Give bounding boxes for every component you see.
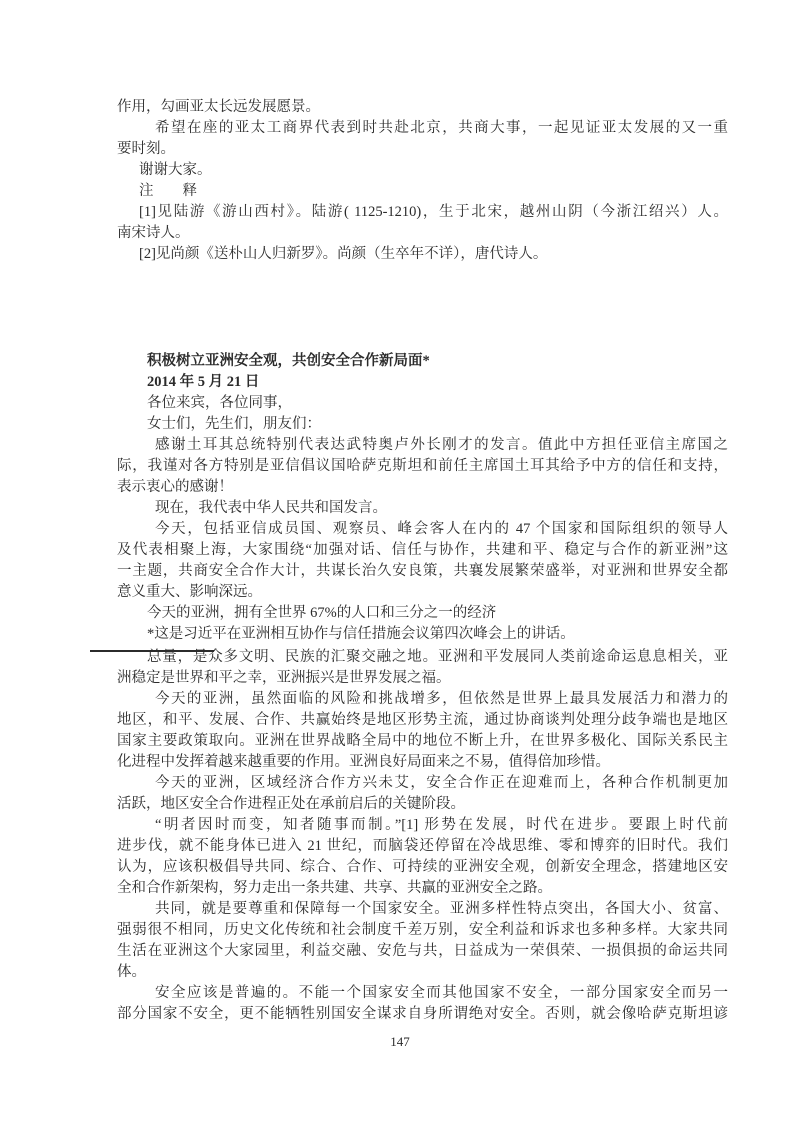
footnote-separator-line xyxy=(90,650,214,652)
page-number: 147 xyxy=(0,1031,800,1052)
text-line: 感谢土耳其总统特别代表达武特奥卢外长刚才的发言。值此中方担任亚信主席国之 xyxy=(117,435,728,456)
text-line: 际，我谨对各方特别是亚信倡议国哈萨克斯坦和前任主席国土耳其给予中方的信任和支持， xyxy=(117,456,728,477)
text-line: “明者因时而变，知者随事而制。”[1] 形势在发展，时代在进步。要跟上时代前 xyxy=(117,815,728,836)
text-line: 洲稳定是世界和平之幸，亚洲振兴是世界发展之福。 xyxy=(117,668,728,689)
text-line: [2]见尚颜《送朴山人归新罗》。尚颜（生卒年不详），唐代诗人。 xyxy=(117,244,728,265)
text-line: 今天的亚洲，拥有全世界 67%的人口和三分之一的经济 xyxy=(117,603,728,624)
text-line: 女士们，先生们，朋友们： xyxy=(117,414,728,435)
text-line: 强弱很不相同，历史文化传统和社会制度千差万别，安全利益和诉求也多种多样。大家共同 xyxy=(117,920,728,941)
text-line: [1]见陆游《游山西村》。陆游( 1125-1210)，生于北宋，越州山阴（今浙… xyxy=(117,202,728,223)
text-line: 各位来宾，各位同事， xyxy=(117,393,728,414)
text-line: 国家主要政策取向。亚洲在世界战略全局中的地位不断上升，在世界多极化、国际关系民主 xyxy=(117,731,728,752)
text-line: 南宋诗人。 xyxy=(117,223,728,244)
text-line: 部分国家不安全，更不能牺牲别国安全谋求自身所谓绝对安全。否则，就会像哈萨克斯坦谚 xyxy=(117,1004,728,1025)
document-page: 作用，勾画亚太长远发展愿景。希望在座的亚太工商界代表到时共赴北京，共商大事，一起… xyxy=(0,0,800,1131)
text-line: 希望在座的亚太工商界代表到时共赴北京，共商大事，一起见证亚太发展的又一重 xyxy=(117,118,728,139)
text-column: 作用，勾画亚太长远发展愿景。希望在座的亚太工商界代表到时共赴北京，共商大事，一起… xyxy=(117,97,728,1025)
text-line: 全和合作新架构，努力走出一条共建、共享、共赢的亚洲安全之路。 xyxy=(117,878,728,899)
previous-speech-ending: 作用，勾画亚太长远发展愿景。希望在座的亚太工商界代表到时共赴北京，共商大事，一起… xyxy=(117,97,728,265)
text-line: 意义重大、影响深远。 xyxy=(117,582,728,603)
text-line: 及代表相聚上海，大家围绕“加强对话、信任与协作，共建和平、稳定与合作的新亚洲”这 xyxy=(117,540,728,561)
text-line: 今天的亚洲，虽然面临的风险和挑战增多，但依然是世界上最具发展活力和潜力的 xyxy=(117,689,728,710)
text-line: 表示衷心的感谢！ xyxy=(117,477,728,498)
text-line: 共同，就是要尊重和保障每一个国家安全。亚洲多样性特点突出，各国大小、贫富、 xyxy=(117,899,728,920)
text-line: 今天的亚洲，区域经济合作方兴未艾，安全合作正在迎难而上，各种合作机制更加 xyxy=(117,773,728,794)
text-line: 认为，应该积极倡导共同、综合、合作、可持续的亚洲安全观，创新安全理念，搭建地区安 xyxy=(117,857,728,878)
text-line: 进步伐，就不能身体已进入 21 世纪，而脑袋还停留在冷战思维、零和博弈的旧时代。… xyxy=(117,836,728,857)
text-line: 要时刻。 xyxy=(117,139,728,160)
text-line: 作用，勾画亚太长远发展愿景。 xyxy=(117,97,728,118)
speech-title-line: 积极树立亚洲安全观，共创安全合作新局面* xyxy=(117,351,728,372)
text-line: 一主题，共商安全合作大计，共谋长治久安良策，共襄发展繁荣盛举，对亚洲和世界安全都 xyxy=(117,561,728,582)
text-line: 生活在亚洲这个大家园里，利益交融、安危与共，日益成为一荣俱荣、一损俱损的命运共同 xyxy=(117,941,728,962)
text-line: 安全应该是普遍的。不能一个国家安全而其他国家不安全，一部分国家安全而另一 xyxy=(117,983,728,1004)
text-line: 活跃，地区安全合作进程正处在承前启后的关键阶段。 xyxy=(117,794,728,815)
text-line: 今天，包括亚信成员国、观察员、峰会客人在内的 47 个国家和国际组织的领导人 xyxy=(117,519,728,540)
text-line: 地区，和平、发展、合作、共赢始终是地区形势主流，通过协商谈判处理分歧争端也是地区 xyxy=(117,710,728,731)
text-line: 谢谢大家。 xyxy=(117,160,728,181)
text-line: 化进程中发挥着越来越重要的作用。亚洲良好局面来之不易，值得倍加珍惜。 xyxy=(117,752,728,773)
text-line: *这是习近平在亚洲相互协作与信任措施会议第四次峰会上的讲话。 xyxy=(117,624,728,645)
speech-asian-security-outlook: 积极树立亚洲安全观，共创安全合作新局面*2014 年 5 月 21 日各位来宾，… xyxy=(117,351,728,1025)
text-line: 现在，我代表中华人民共和国发言。 xyxy=(117,498,728,519)
text-line: 体。 xyxy=(117,962,728,983)
text-line: 注 释 xyxy=(117,181,728,202)
speech-title-line: 2014 年 5 月 21 日 xyxy=(117,372,728,393)
